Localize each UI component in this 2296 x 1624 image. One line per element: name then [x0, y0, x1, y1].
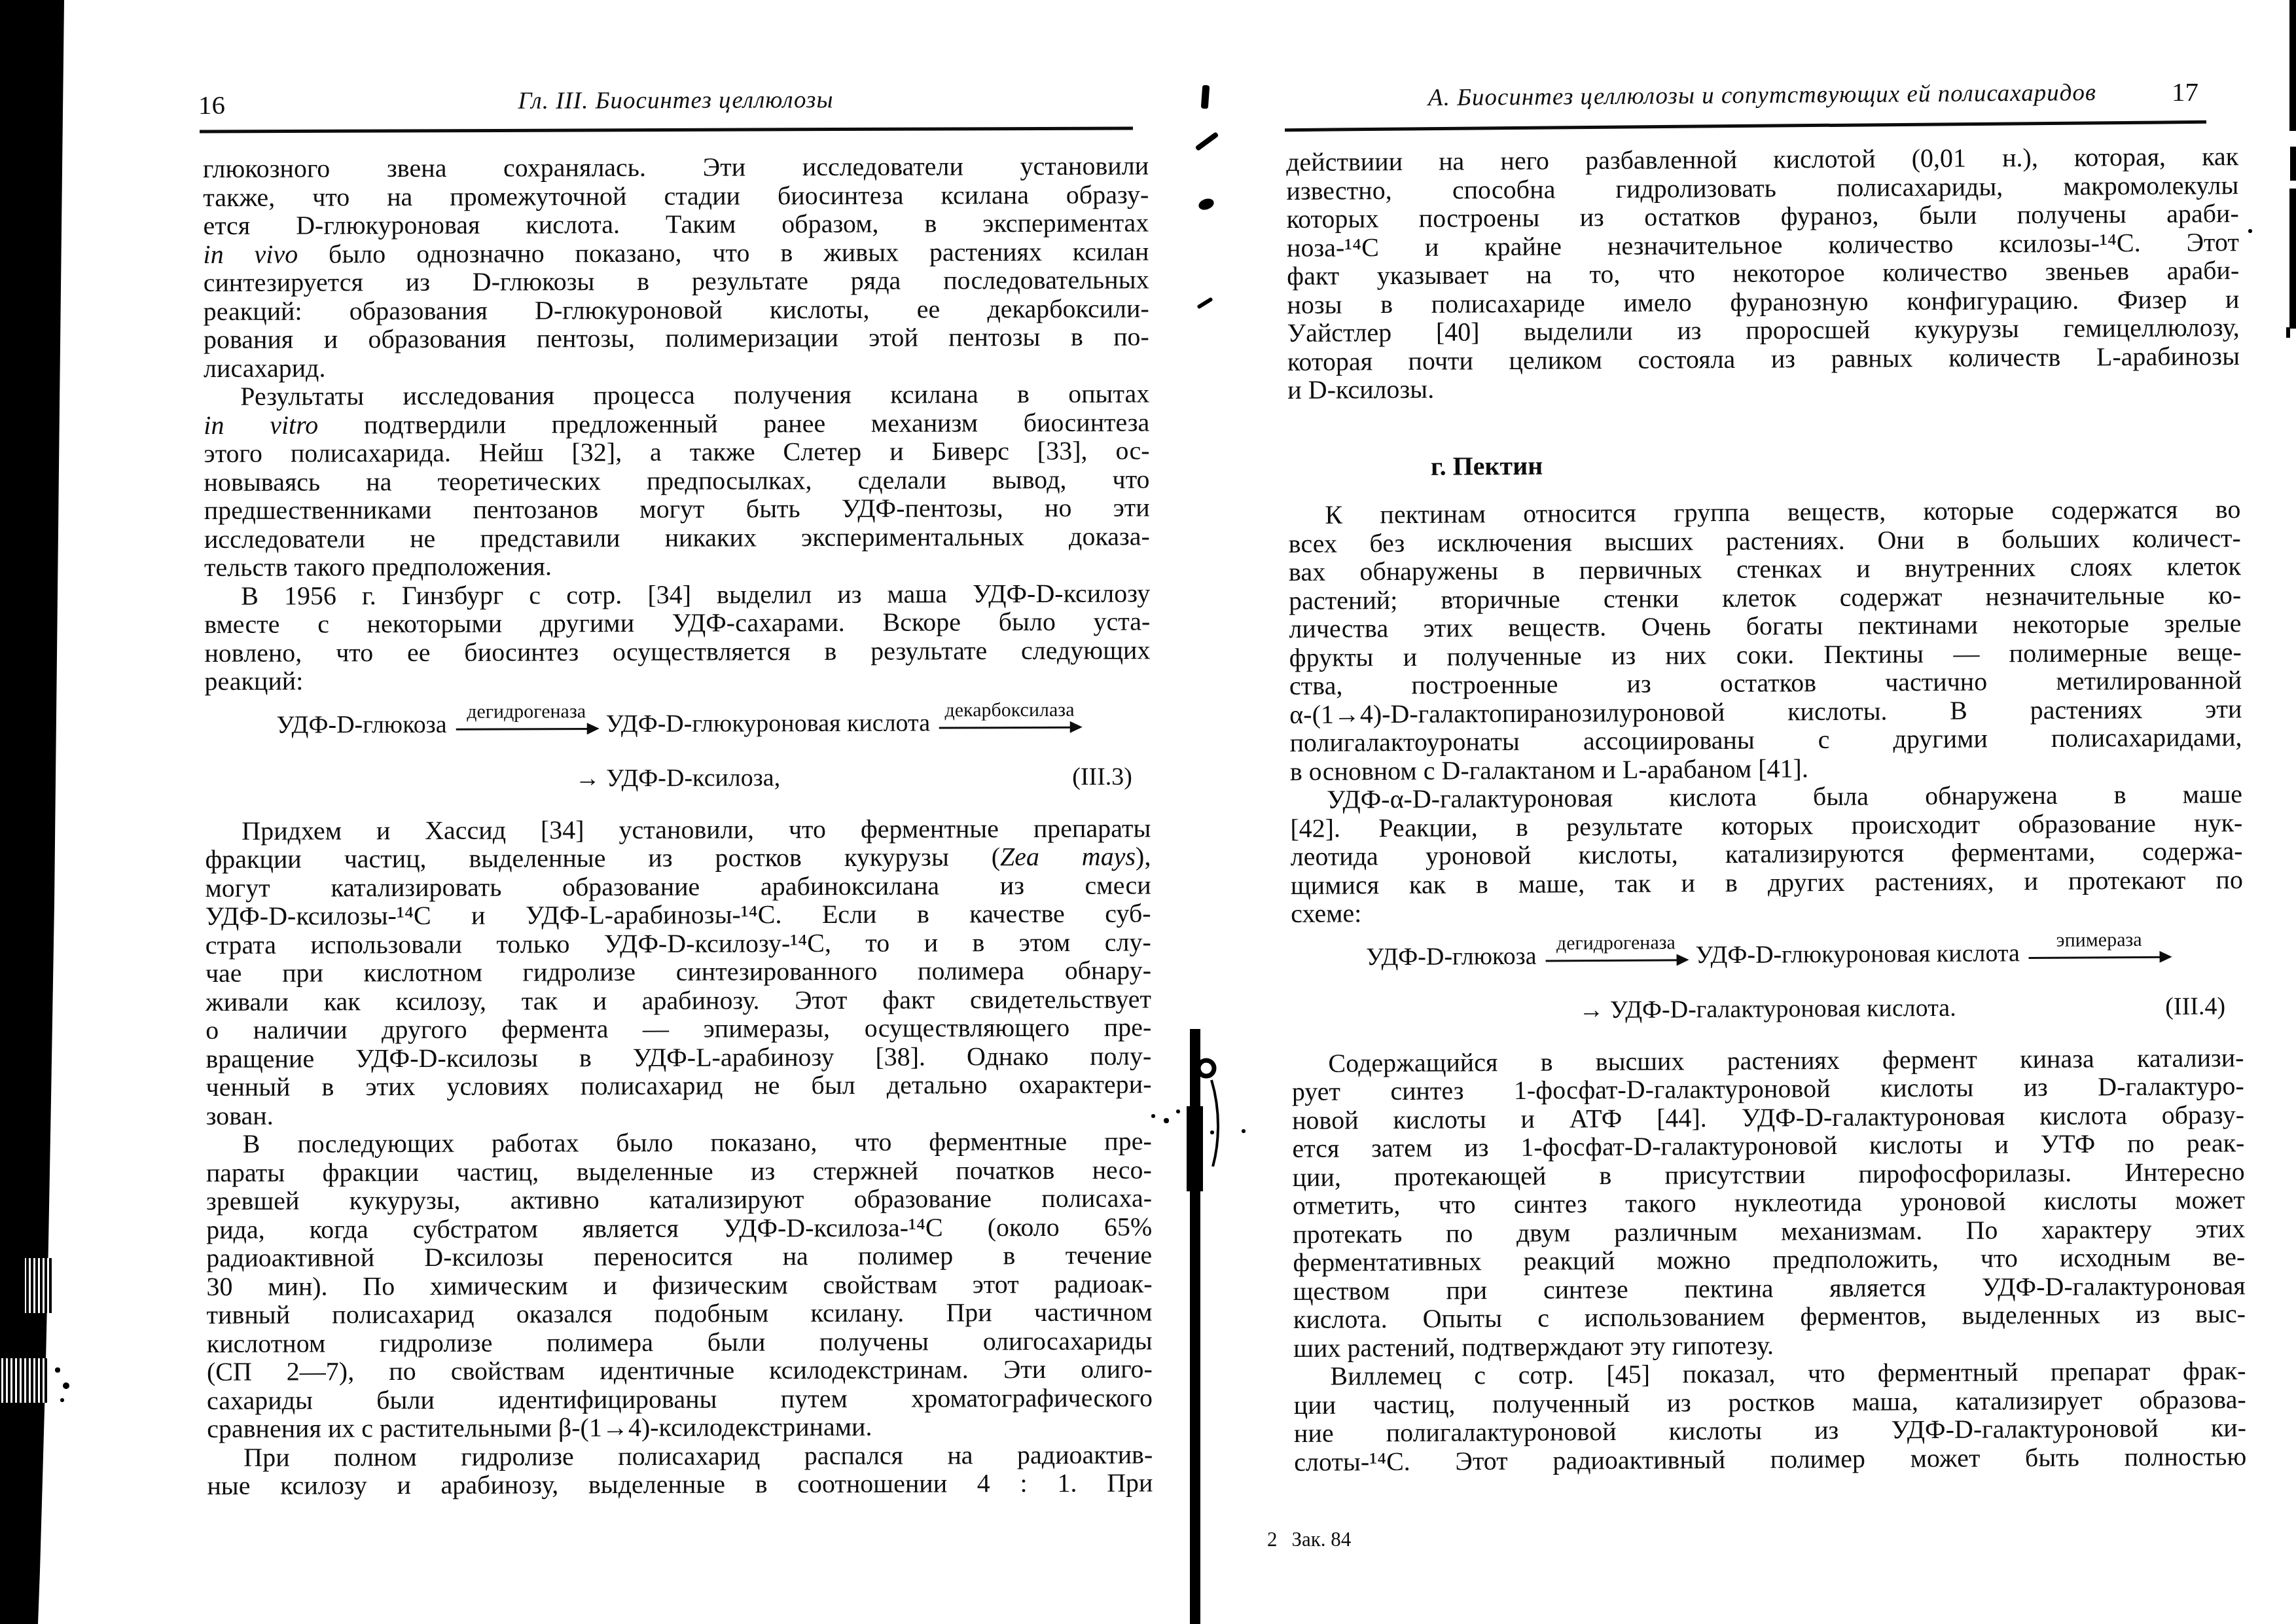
running-head-left: Гл. III. Биосинтез целлюлозы — [203, 86, 1149, 116]
text-line: сахариды были идентифицированы путем хро… — [207, 1383, 1153, 1415]
gutter-curl-tail — [1211, 1080, 1218, 1166]
enzyme-label: декарбоксилаза — [944, 700, 1074, 721]
imprint-line: 2Зак. 84 — [1267, 1528, 1351, 1551]
formula-reactant: УДФ-D-глюкоза — [1361, 942, 1541, 971]
enzyme-label: дегидрогеназа — [1556, 933, 1676, 953]
text-line: параты фракции частиц, выделенные из сте… — [206, 1155, 1152, 1187]
reaction-arrow: декарбоксилаза — [939, 700, 1080, 729]
gutter-mark — [1201, 85, 1210, 109]
text-line: кислотном гидролизе полимера были получе… — [207, 1326, 1153, 1358]
text-line: тельств такого предположения. — [204, 550, 1150, 581]
text-line: радиоактивной D-ксилозы переносится на п… — [206, 1240, 1152, 1272]
enzyme-label: эпимераза — [2056, 930, 2142, 950]
text-line: щимися как в маше, так и в других растен… — [1291, 865, 2243, 899]
gutter-curl — [1198, 1060, 1214, 1076]
ink-speck — [63, 1382, 69, 1389]
paragraph: В 1956 г. Гинзбург с сотр. [34] выделил … — [204, 579, 1151, 696]
text-line: В 1956 г. Гинзбург с сотр. [34] выделил … — [204, 579, 1150, 610]
text-line: вместе с некоторыми другими УДФ-сахарами… — [204, 607, 1150, 638]
text-line: исследователи не представили никаких экс… — [204, 522, 1150, 553]
text-line: страта использовали только УДФ-D-ксилозу… — [206, 928, 1151, 959]
right-edge-line — [2286, 327, 2290, 338]
text-line: и D-ксилозы. — [1287, 370, 2240, 404]
text-column-right: действиии на него разбавленной кислотой … — [1286, 142, 2246, 1476]
text-line: Придхем и Хассид [34] установили, что фе… — [205, 814, 1151, 845]
formula-product: → УДФ-D-галактуроновая кислота. — [1579, 994, 1956, 1024]
ink-speck — [60, 1398, 64, 1402]
arrow-line — [2029, 956, 2170, 959]
text-line: зован. — [206, 1098, 1152, 1130]
text-line: тивный полисахарид оказался подобным кси… — [207, 1297, 1153, 1329]
running-head-right: А. Биосинтез целлюлозы и сопутствующих е… — [1286, 79, 2238, 113]
text-line: этого полисахарида. Нейш [32], а также С… — [204, 436, 1149, 467]
reaction-line: УДФ-D-глюкозадегидрогеназаУДФ-D-глюкурон… — [205, 708, 1151, 740]
text-line: новываясь на теоретических предпосылках,… — [204, 465, 1150, 496]
formula-intermediate: УДФ-D-глюкуроновая кислота — [601, 709, 936, 738]
arrow-line — [1545, 959, 1686, 962]
gutter-mark — [1196, 297, 1213, 310]
text-line: новлено, что ее биосинтез осуществляется… — [204, 636, 1150, 667]
gutter-mark — [1194, 132, 1219, 151]
copy-number: 2 — [1267, 1528, 1278, 1551]
text-line: УДФ-D-ксилозы-¹⁴C и УДФ-L-арабинозы-¹⁴C.… — [206, 899, 1151, 930]
text-line: При полном гидролизе полисахарид распалс… — [207, 1440, 1153, 1471]
reaction-arrow: дегидрогеназа — [456, 702, 597, 731]
header-rule-left — [200, 127, 1133, 134]
reaction-arrow: эпимераза — [2029, 930, 2170, 959]
text-line: in vivo было однозначно показано, что в … — [203, 237, 1149, 268]
text-line: могут катализировать образование арабино… — [205, 871, 1151, 902]
equation-number: (III.4) — [2165, 992, 2225, 1021]
text-line: чае при кислотном гидролизе синтезирован… — [206, 956, 1151, 987]
formula-intermediate: УДФ-D-глюкуроновая кислота — [1690, 939, 2025, 970]
ink-speck — [1242, 1129, 1246, 1133]
equation-number: (III.3) — [1072, 763, 1132, 792]
text-line: глюкозного звена сохранялась. Эти исслед… — [203, 151, 1149, 183]
text-line: ные ксилозу и арабинозу, выделенные в со… — [207, 1468, 1153, 1500]
paragraph: УДФ-α-D-галактуроновая кислота была обна… — [1290, 780, 2243, 928]
text-line: реакций: — [204, 664, 1150, 695]
paragraph: глюкозного звена сохранялась. Эти исслед… — [203, 151, 1149, 382]
text-column-left: глюкозного звена сохранялась. Эти исслед… — [203, 151, 1153, 1500]
formula-reactant: УДФ-D-глюкоза — [271, 710, 452, 739]
text-line: живали как ксилозу, так и арабинозу. Это… — [206, 984, 1151, 1016]
text-line: реакций: образования D-глюкуроновой кисл… — [204, 294, 1149, 325]
reaction-line: УДФ-D-глюкозадегидрогеназаУДФ-D-глюкурон… — [1291, 938, 2243, 972]
ink-speck — [55, 1367, 60, 1373]
gutter-streak — [1187, 1106, 1203, 1191]
text-line: кислота. Опыты с использованием ферменто… — [1293, 1299, 2246, 1333]
text-line: ченный в этих условиях полисахарид не бы… — [206, 1070, 1151, 1101]
text-line: 30 мин). По химическим и физическим свой… — [206, 1269, 1152, 1301]
text-line: слоты-¹⁴C. Этот радиоактивный полимер мо… — [1294, 1442, 2246, 1476]
gutter-streak — [1190, 1029, 1200, 1624]
text-line: сравнения их с растительными β-(1→4)-кси… — [207, 1411, 1153, 1443]
section-heading: г. Пектин — [1431, 447, 2240, 480]
arrow-line — [456, 728, 597, 731]
ink-speck — [1210, 1130, 1214, 1134]
text-line: полигалактоуронаты ассоциированы с други… — [1289, 723, 2242, 757]
text-line: ется D-глюкуроновая кислота. Таким образ… — [203, 208, 1149, 240]
reaction-equation: УДФ-D-глюкозадегидрогеназаУДФ-D-глюкурон… — [1291, 938, 2244, 1027]
text-line: также, что на промежуточной стадии биоси… — [203, 180, 1149, 211]
right-edge-line — [2289, 0, 2296, 131]
paragraph: действиии на него разбавленной кислотой … — [1286, 142, 2240, 404]
text-line: предшественниками пентозанов могут быть … — [204, 493, 1150, 524]
paragraph: Придхем и Хассид [34] установили, что фе… — [205, 814, 1151, 1130]
text-line: фракции частиц, выделенные из ростков ку… — [205, 842, 1151, 873]
book-spread: 16 Гл. III. Биосинтез целлюлозы 17 А. Би… — [0, 0, 2296, 1624]
header-rule-right — [1285, 120, 2206, 132]
ink-speck — [1164, 1118, 1169, 1123]
text-line: зревшей кукурузы, активно катализируют о… — [206, 1183, 1152, 1215]
text-line: о наличии другого фермента — эпимеразы, … — [206, 1013, 1151, 1044]
text-line: (СП 2—7), по свойствам идентичные ксилод… — [207, 1354, 1153, 1386]
page-edge-stripes-lower — [0, 1358, 48, 1403]
enzyme-label: дегидрогеназа — [467, 702, 586, 722]
text-line: лисахарид. — [204, 351, 1149, 382]
text-line: синтезируется из D-глюкозы в результате … — [204, 265, 1149, 297]
reaction-arrow: дегидрогеназа — [1545, 933, 1686, 962]
ink-speck — [2248, 229, 2252, 233]
reaction-product-line: → УДФ-D-ксилоза,(III.3) — [205, 763, 1151, 794]
text-line: которая почти целиком состояла из равных… — [1287, 342, 2240, 376]
text-line: В последующих работах было показано, что… — [206, 1127, 1152, 1158]
paragraph: К пектинам относится группа веществ, кот… — [1288, 495, 2242, 785]
text-line: Результаты исследования процесса получен… — [204, 379, 1149, 410]
paragraph: Виллемец с сотр. [45] показал, что ферме… — [1293, 1356, 2246, 1476]
text-line: рида, когда субстратом является УДФ-D-кс… — [206, 1212, 1152, 1244]
text-line: рования и образования пентозы, полимериз… — [204, 322, 1149, 353]
right-edge-line — [2289, 189, 2296, 329]
arrow-line — [939, 727, 1080, 729]
text-line: in vitro подтвердили предложенный ранее … — [204, 408, 1149, 439]
right-edge-line — [2290, 147, 2296, 181]
reaction-product-line: → УДФ-D-галактуроновая кислота.(III.4) — [1291, 992, 2244, 1026]
paragraph: В последующих работах было показано, что… — [206, 1127, 1153, 1443]
gutter-mark — [1197, 196, 1215, 211]
ink-speck — [1176, 1110, 1180, 1113]
order-label: Зак. 84 — [1292, 1528, 1352, 1551]
left-edge-shadow — [0, 0, 64, 1624]
text-line: вращение УДФ-D-ксилозы в УДФ-L-арабинозу… — [206, 1041, 1151, 1073]
page-edge-stripes-upper — [25, 1258, 52, 1313]
reaction-equation: УДФ-D-глюкозадегидрогеназаУДФ-D-глюкурон… — [205, 708, 1151, 795]
paragraph: Содержащийся в высших растениях фермент … — [1291, 1043, 2246, 1362]
paragraph: При полном гидролизе полисахарид распалс… — [207, 1440, 1153, 1500]
ink-speck — [1151, 1114, 1155, 1118]
paragraph: Результаты исследования процесса получен… — [204, 379, 1150, 581]
formula-product: → УДФ-D-ксилоза, — [575, 764, 780, 792]
